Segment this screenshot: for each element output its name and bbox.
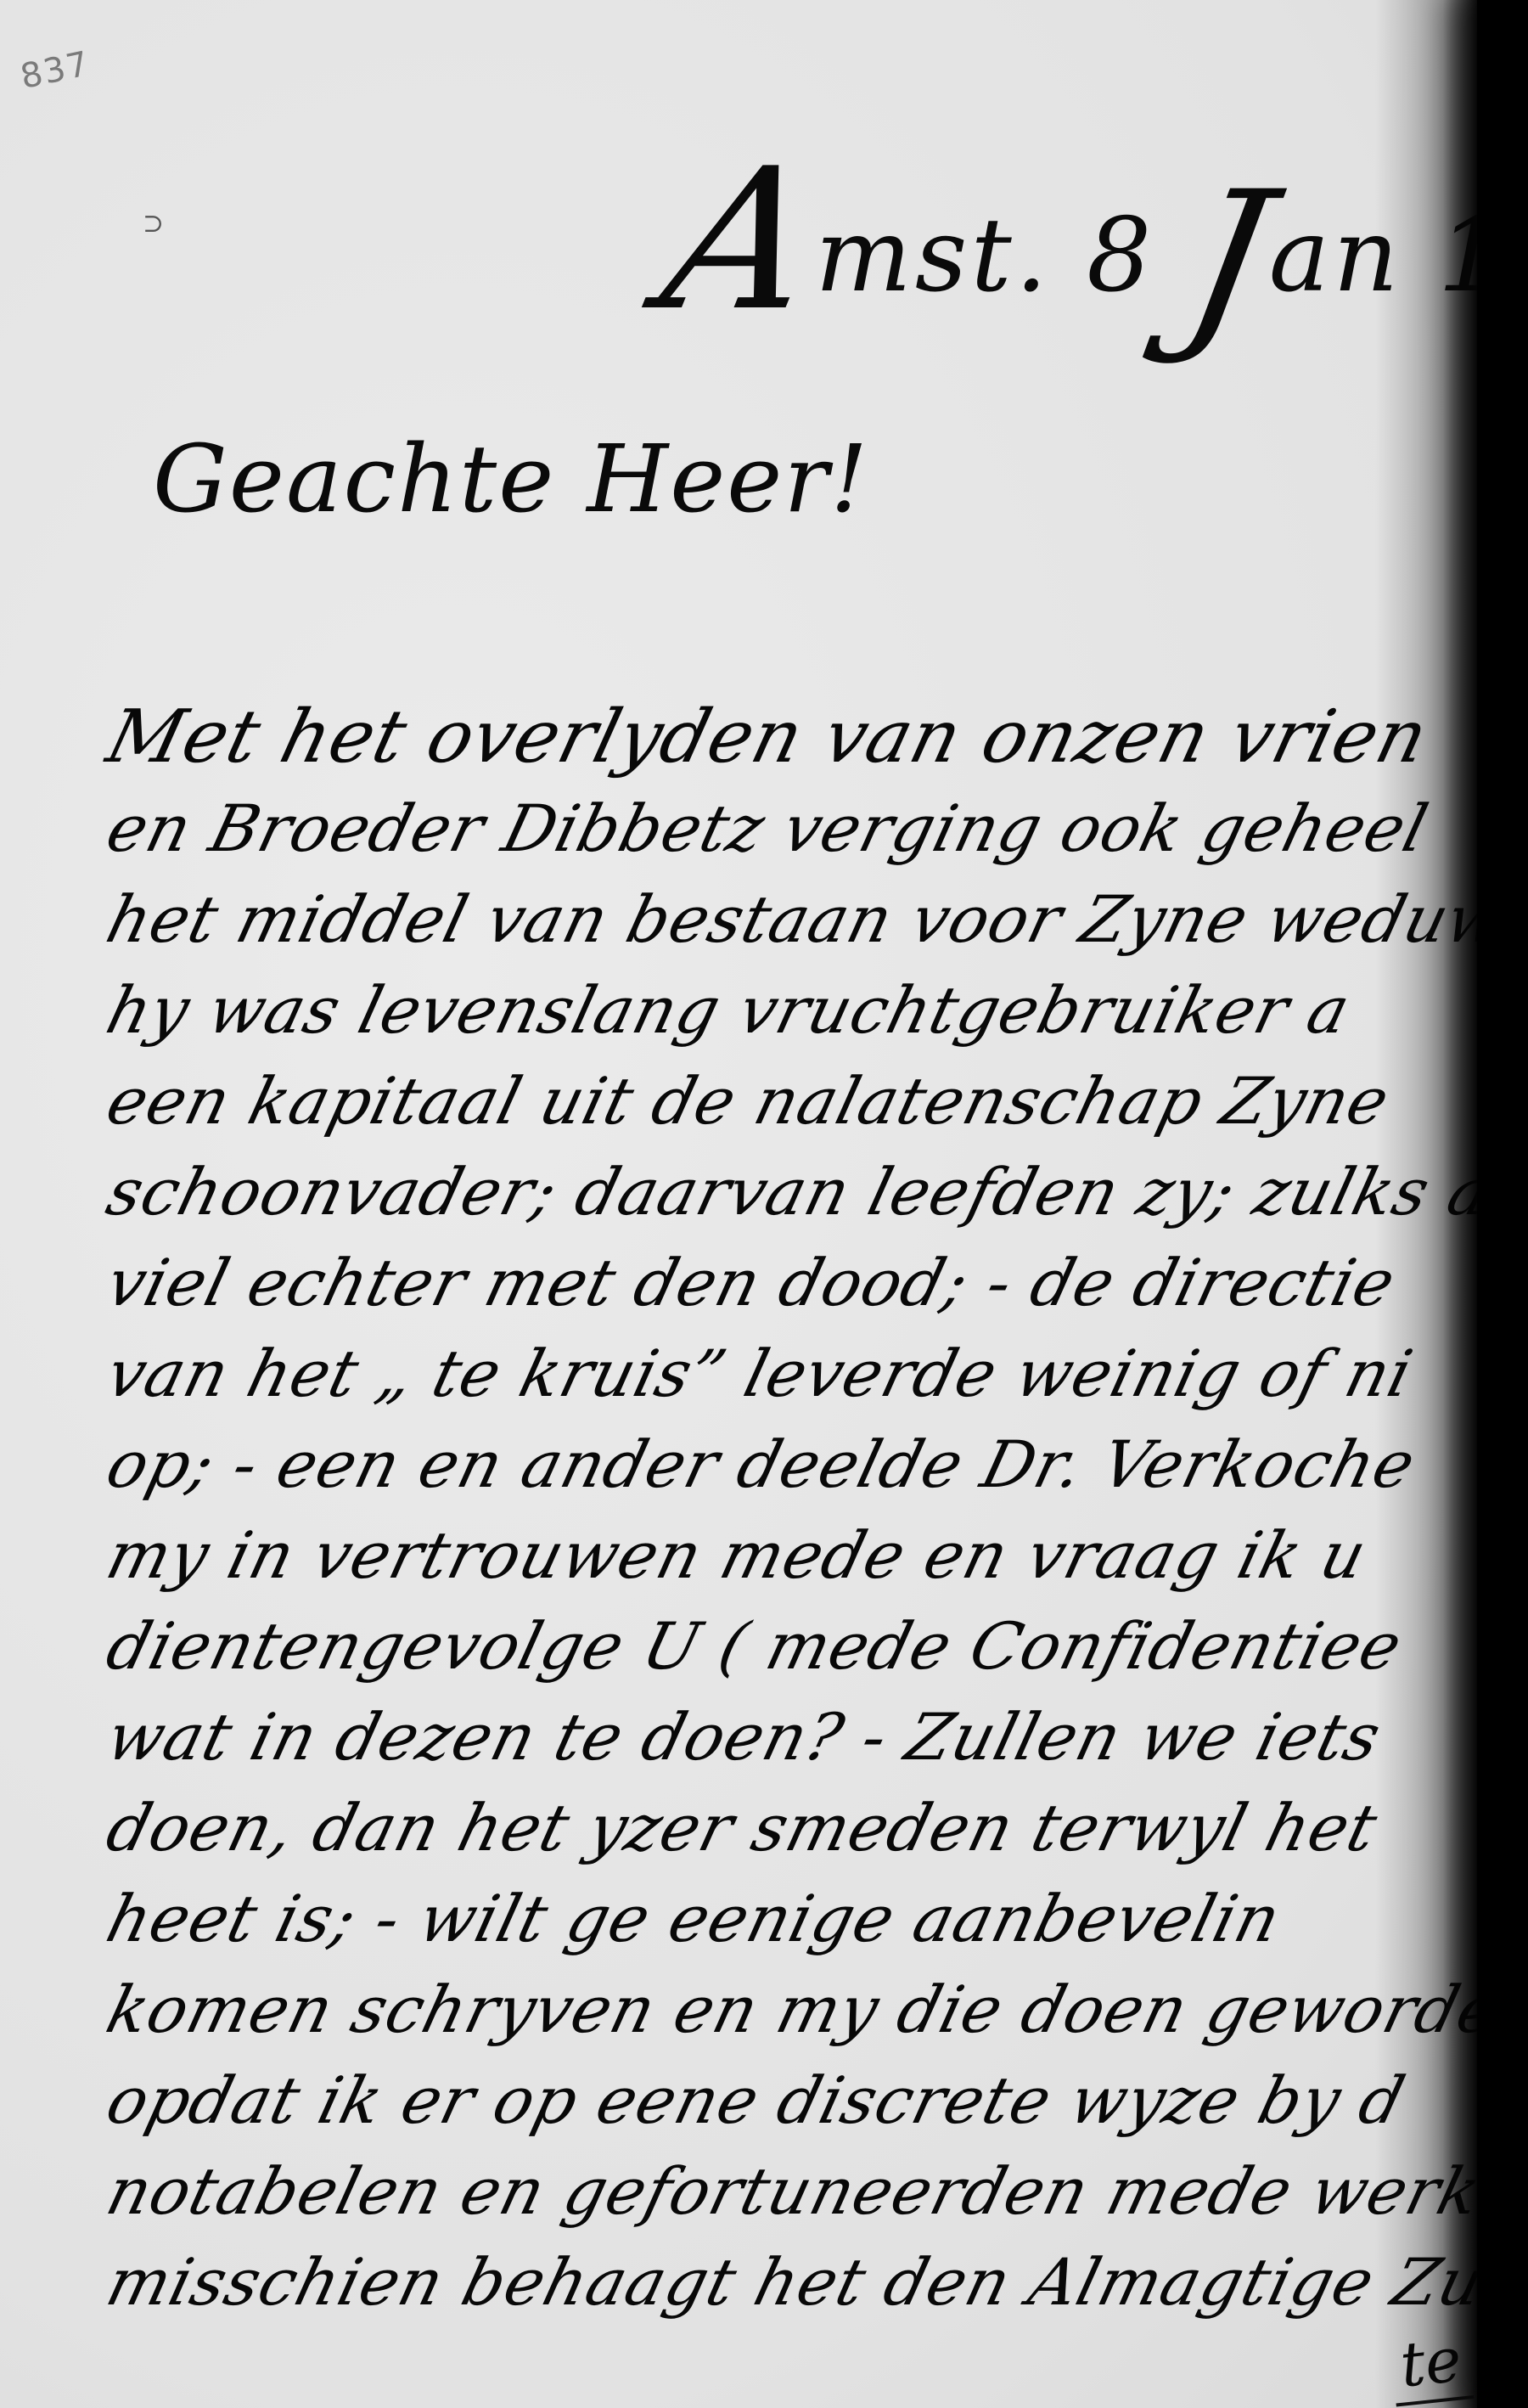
dateline-month-rest: an <box>1269 197 1402 315</box>
stray-ink-mark: ⊃ <box>143 209 164 239</box>
dateline-day: 8 <box>1087 197 1154 315</box>
body-line: Met het overlyden van onzen vrien <box>98 692 1513 783</box>
binding-shadow <box>1477 0 1528 2408</box>
body-line: wat in dezen te doen? - Zullen we iets <box>98 1691 1513 1782</box>
body-line: dientengevolge U ( mede Confidentiee <box>98 1601 1513 1691</box>
letter-salutation: Geachte Heer! <box>153 425 869 533</box>
dateline-place-initial: A <box>647 127 840 354</box>
body-line: van het „ te kruis” leverde weinig of ni <box>98 1328 1513 1419</box>
body-line: misschien behaagt het den Almagtige Zul <box>98 2236 1513 2327</box>
body-line: viel echter met den dood; - de directie <box>98 1237 1513 1328</box>
body-line: doen, dan het yzer smeden terwyl het <box>98 1782 1513 1873</box>
letter-page: 837 ⊃ Amst. 8 Jan 1875 Geachte Heer! Met… <box>0 0 1528 2408</box>
body-line: een kapitaal uit de nalatenschap Zyne <box>98 1055 1513 1146</box>
letter-body: Met het overlyden van onzen vrien en Bro… <box>98 692 1490 2327</box>
page-catchword: te <box>1389 2322 1474 2406</box>
archive-catalog-number: 837 <box>17 44 93 97</box>
body-line: opdat ik er op eene discrete wyze by d <box>98 2055 1513 2146</box>
body-line: heet is; - wilt ge eenige aanbevelin <box>98 1873 1513 1964</box>
body-line: schoonvader; daarvan leefden zy; zulks a <box>98 1146 1513 1237</box>
body-line: hy was levenslang vruchtgebruiker a <box>98 965 1513 1055</box>
body-line: het middel van bestaan voor Zyne weduw <box>98 874 1513 965</box>
body-line: op; - een en ander deelde Dr. Verkoche <box>98 1419 1513 1510</box>
body-line: my in vertrouwen mede en vraag ik u <box>98 1510 1513 1601</box>
body-line: notabelen en gefortuneerden mede werke <box>98 2146 1513 2236</box>
letter-dateline: Amst. 8 Jan 1875 <box>671 110 1528 337</box>
dateline-place-rest: mst. <box>815 197 1051 315</box>
body-line: komen schryven en my die doen geworde <box>98 1964 1513 2055</box>
body-line: en Broeder Dibbetz verging ook geheel <box>98 783 1513 874</box>
